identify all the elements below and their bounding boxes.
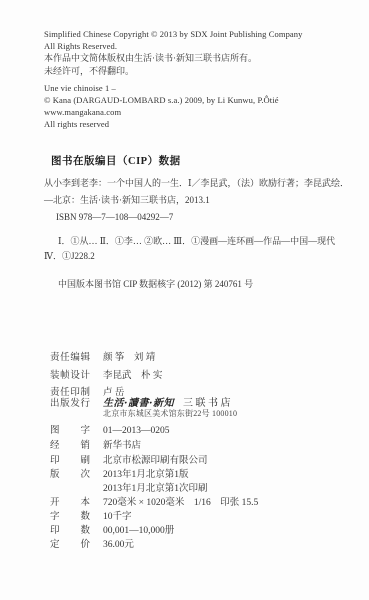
row-label: 印数 bbox=[50, 522, 90, 536]
copyright-line-english: Simplified Chinese Copyright © 2013 by S… bbox=[44, 28, 357, 40]
colophon-row-editor: 责任编辑 颜 筝 刘 靖 bbox=[50, 349, 155, 363]
cip-header: 图书在版编目（CIP）数据 bbox=[44, 153, 357, 168]
row-value: 00,001—10,000册 bbox=[103, 522, 174, 536]
row-value: 36.00元 bbox=[103, 536, 134, 550]
row-value: 10千字 bbox=[103, 508, 132, 522]
copyright-page: Simplified Chinese Copyright © 2013 by S… bbox=[0, 0, 369, 600]
row-label: 出版发行 bbox=[50, 395, 90, 409]
row-label: 责任编辑 bbox=[50, 349, 90, 363]
row-label: 定价 bbox=[50, 536, 90, 550]
row-value: 北京市松源印刷有限公司 bbox=[103, 452, 208, 466]
colophon-row-publisher-address: 北京市东城区美术馆东街22号 100010 bbox=[103, 408, 237, 419]
cip-entry-line2: —北京：生活·读书·新知三联书店，2013.1 bbox=[44, 192, 357, 209]
simplified-chinese-copyright-block: Simplified Chinese Copyright © 2013 by S… bbox=[44, 28, 357, 77]
publisher-website: www.mangakana.com bbox=[44, 106, 357, 118]
row-value: 2013年1月北京第1版 bbox=[103, 466, 189, 480]
colophon-row-word-count: 字数 10千字 bbox=[50, 508, 132, 522]
row-value: 720毫米 × 1020毫米 1/16 印张 15.5 bbox=[103, 494, 258, 508]
chinese-rights-holder-line: 本作品中文简体版权由生活·读书·新知三联书店所有。 bbox=[44, 52, 357, 65]
cip-entry-line1: 从小李到老李：一个中国人的一生．Ⅰ／李昆武，（法）欧励行著；李昆武绘． bbox=[44, 175, 357, 192]
row-label: 字数 bbox=[50, 508, 90, 522]
row-value: 李昆武 朴 实 bbox=[103, 367, 162, 381]
colophon-row-designer: 装帧设计 李昆武 朴 实 bbox=[50, 367, 162, 381]
colophon-row-printer: 印刷 北京市松源印刷有限公司 bbox=[50, 452, 208, 466]
row-label: 经销 bbox=[50, 437, 90, 451]
colophon-row-format: 开本 720毫米 × 1020毫米 1/16 印张 15.5 bbox=[50, 494, 258, 508]
publisher-address: 北京市东城区美术馆东街22号 100010 bbox=[103, 408, 237, 419]
all-rights-reserved-line: All Rights Reserved. bbox=[44, 40, 357, 52]
row-label: 装帧设计 bbox=[50, 367, 90, 381]
colophon-row-image-registration: 图字 01—2013—0205 bbox=[50, 422, 170, 436]
cip-classification-line1: Ⅰ．①从… Ⅱ．①李… ②欧… Ⅲ．①漫画—连环画—作品—中国—现代 bbox=[44, 234, 357, 249]
colophon-row-edition: 版次 2013年1月北京第1版 bbox=[50, 466, 189, 480]
original-copyright-line: © Kana (DARGAUD-LOMBARD s.a.) 2009, by L… bbox=[44, 94, 357, 106]
row-value: 01—2013—0205 bbox=[103, 426, 170, 436]
cip-block: 图书在版编目（CIP）数据 从小李到老李：一个中国人的一生．Ⅰ／李昆武，（法）欧… bbox=[44, 153, 357, 292]
row-label: 版次 bbox=[50, 466, 90, 480]
cip-classification-line2: Ⅳ．①J228.2 bbox=[44, 249, 357, 264]
colophon-row-printing: 2013年1月北京第1次印刷 bbox=[103, 480, 208, 494]
original-rights-line: All rights reserved bbox=[44, 118, 357, 130]
row-label: 印刷 bbox=[50, 452, 90, 466]
row-label: 图字 bbox=[50, 422, 90, 436]
colophon-row-distributor: 经销 新华书店 bbox=[50, 437, 141, 451]
original-title-line: Une vie chinoise 1 – bbox=[44, 82, 357, 94]
row-value: 2013年1月北京第1次印刷 bbox=[103, 480, 208, 494]
cip-record-number: 中国版本图书馆 CIP 数据核字 (2012) 第 240761 号 bbox=[44, 277, 357, 292]
row-value: 颜 筝 刘 靖 bbox=[103, 349, 155, 363]
colophon-row-price: 定价 36.00元 bbox=[50, 536, 134, 550]
cip-isbn: ISBN 978—7—108—04292—7 bbox=[44, 209, 357, 226]
original-edition-copyright-block: Une vie chinoise 1 – © Kana (DARGAUD-LOM… bbox=[44, 82, 357, 130]
no-reprint-line: 未经许可，不得翻印。 bbox=[44, 65, 357, 78]
colophon-row-print-run: 印数 00,001—10,000册 bbox=[50, 522, 174, 536]
row-label: 开本 bbox=[50, 494, 90, 508]
colophon-row-publisher: 出版发行 生活·讀書·新知三联书店 bbox=[50, 394, 233, 409]
row-value: 新华书店 bbox=[103, 437, 141, 451]
